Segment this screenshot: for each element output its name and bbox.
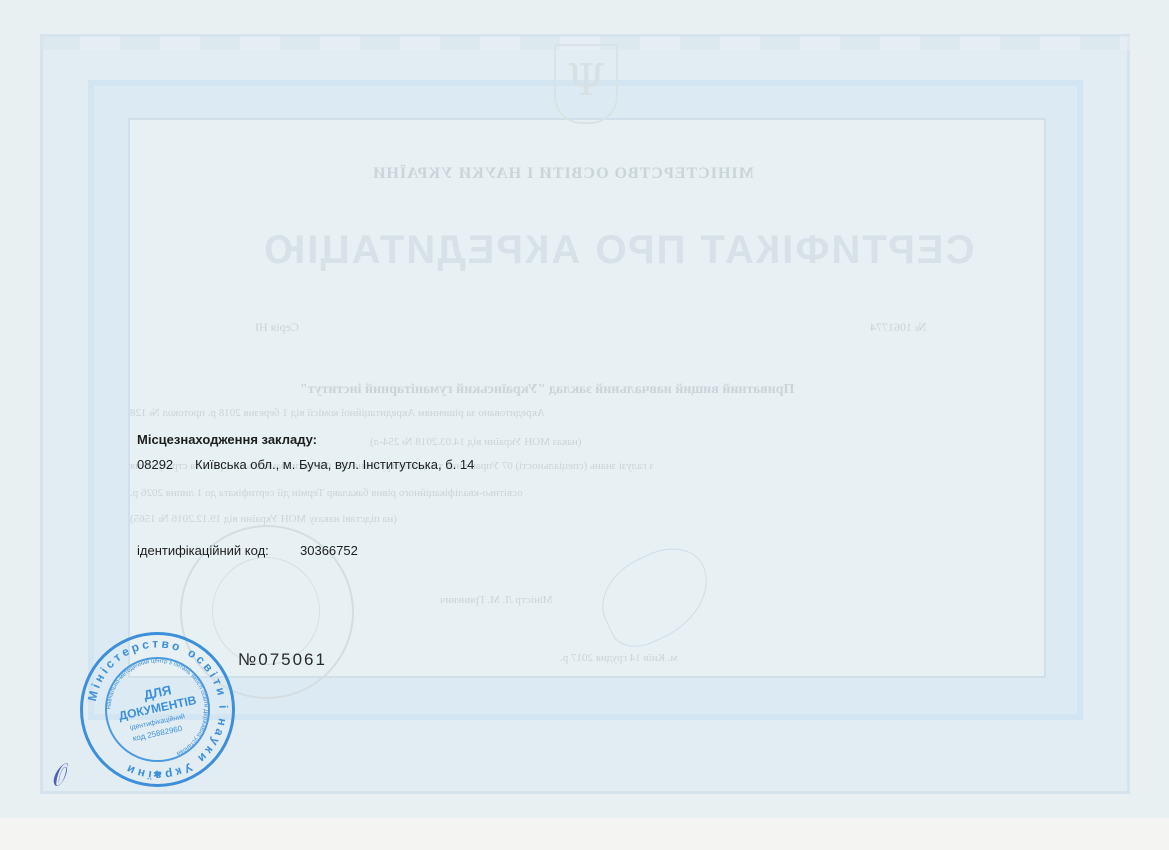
certificate-title-bleedthrough: СЕРТИФІКАТ ПРО АКРЕДИТАЦІЮ bbox=[262, 228, 974, 273]
address: Київська обл., м. Буча, вул. Інститутськ… bbox=[195, 457, 474, 472]
star-icon: ✱ bbox=[153, 770, 161, 781]
ministry-heading-bleedthrough: МІНІСТЕРСТВО ОСВІТИ І НАУКИ УКРАЇНИ bbox=[372, 165, 754, 183]
order-line-bleedthrough: (наказ МОН України від 14.03.2018 № 254-… bbox=[370, 436, 582, 448]
decision-line-bleedthrough: Акредитовано за рішенням Акредитаційної … bbox=[130, 407, 545, 419]
location-label: Місцезнаходження закладу: bbox=[137, 432, 317, 447]
identification-code-label: ідентифікаційний код: bbox=[137, 543, 269, 558]
coat-of-arms-icon: Ψ bbox=[554, 44, 618, 124]
basis-line-bleedthrough: (на підставі наказу МОН України від 19.1… bbox=[130, 513, 397, 525]
city-date-bleedthrough: м. Київ 14 грудня 2017 р. bbox=[560, 652, 677, 664]
level-line-bleedthrough: освітньо-кваліфікаційного рівня бакалавр… bbox=[130, 487, 523, 499]
number-bleedthrough: № 1061774 bbox=[870, 320, 926, 335]
identification-code-value: 30366752 bbox=[300, 543, 358, 558]
postcode: 08292 bbox=[137, 457, 173, 472]
institution-bleedthrough: Приватний вищий навчальний заклад "Украї… bbox=[300, 382, 794, 398]
minister-line-bleedthrough: Міністр Л. М. Гриневич bbox=[440, 594, 553, 606]
blue-stamp: Міністерство освіти і науки України Навч… bbox=[80, 632, 235, 787]
certificate-paper: Ψ МІНІСТЕРСТВО ОСВІТИ І НАУКИ УКРАЇНИ СЕ… bbox=[0, 0, 1169, 818]
series-bleedthrough: Серія НІ bbox=[255, 320, 299, 335]
copy-number: №075061 bbox=[238, 650, 327, 670]
